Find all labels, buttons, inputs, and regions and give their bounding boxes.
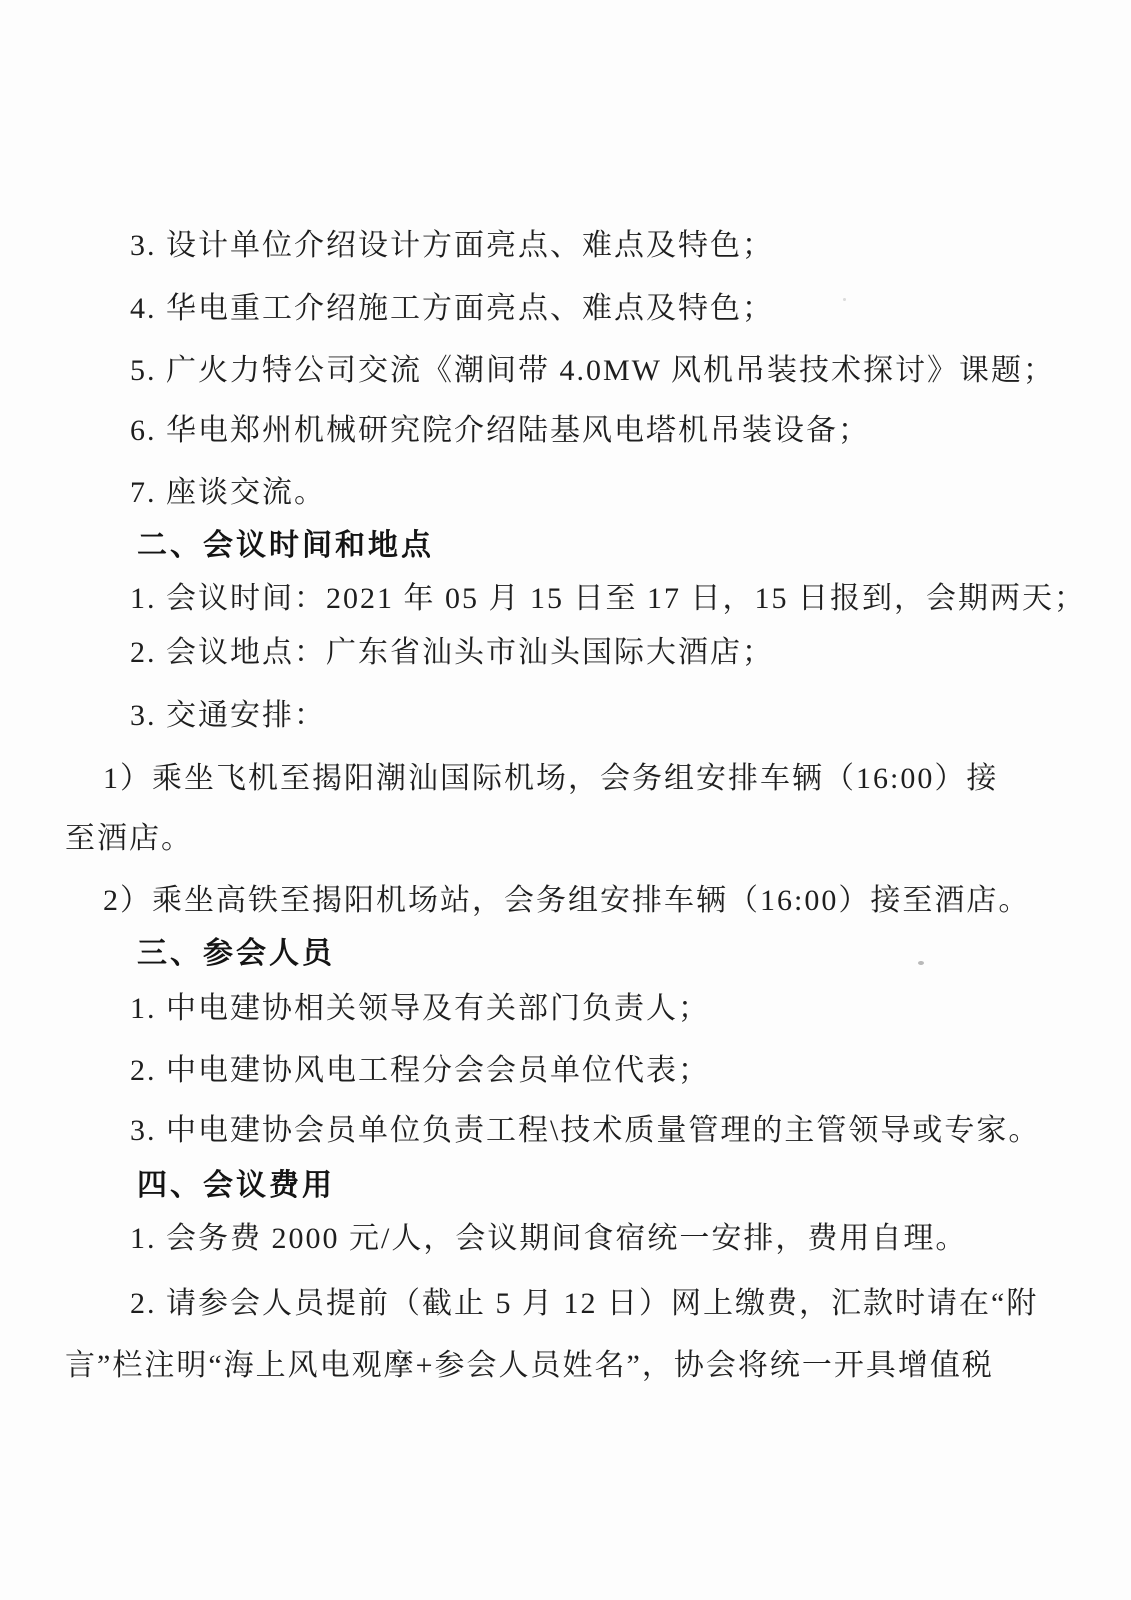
scan-speck: [918, 961, 924, 965]
agenda-item-6: 6. 华电郑州机械研究院介绍陆基风电塔机吊装设备；: [130, 413, 870, 449]
transport-1-line2: 至酒店。: [65, 821, 193, 857]
fee-2-line1: 2. 请参会人员提前（截止 5 月 12 日）网上缴费，汇款时请在“附: [130, 1286, 1038, 1322]
attendee-2: 2. 中电建协风电工程分会会员单位代表；: [130, 1053, 710, 1089]
agenda-item-5: 5. 广火力特公司交流《潮间带 4.0MW 风机吊装技术探讨》课题；: [130, 353, 1055, 389]
transport-label: 3. 交通安排：: [130, 698, 326, 734]
attendee-3: 3. 中电建协会员单位负责工程\技术质量管理的主管领导或专家。: [130, 1113, 1040, 1149]
attendee-1: 1. 中电建协相关领导及有关部门负责人；: [130, 991, 710, 1027]
meeting-time: 1. 会议时间：2021 年 05 月 15 日至 17 日，15 日报到，会期…: [130, 581, 1086, 617]
transport-1-line1: 1）乘坐飞机至揭阳潮汕国际机场，会务组安排车辆（16:00）接: [103, 761, 998, 797]
agenda-item-7: 7. 座谈交流。: [130, 475, 326, 511]
section-3-heading: 三、参会人员: [137, 936, 335, 972]
agenda-item-3: 3. 设计单位介绍设计方面亮点、难点及特色；: [130, 228, 774, 264]
agenda-item-4: 4. 华电重工介绍施工方面亮点、难点及特色；: [130, 291, 774, 327]
scan-speck: [843, 298, 846, 301]
section-2-heading: 二、会议时间和地点: [137, 528, 434, 564]
section-4-heading: 四、会议费用: [137, 1168, 335, 1204]
transport-2: 2）乘坐高铁至揭阳机场站，会务组安排车辆（16:00）接至酒店。: [103, 883, 1030, 919]
scanned-document-page: 3. 设计单位介绍设计方面亮点、难点及特色； 4. 华电重工介绍施工方面亮点、难…: [0, 0, 1131, 1600]
fee-1: 1. 会务费 2000 元/人，会议期间食宿统一安排，费用自理。: [130, 1221, 967, 1257]
meeting-location: 2. 会议地点：广东省汕头市汕头国际大酒店；: [130, 635, 774, 671]
fee-2-line2: 言”栏注明“海上风电观摩+参会人员姓名”，协会将统一开具增值税: [65, 1348, 994, 1384]
